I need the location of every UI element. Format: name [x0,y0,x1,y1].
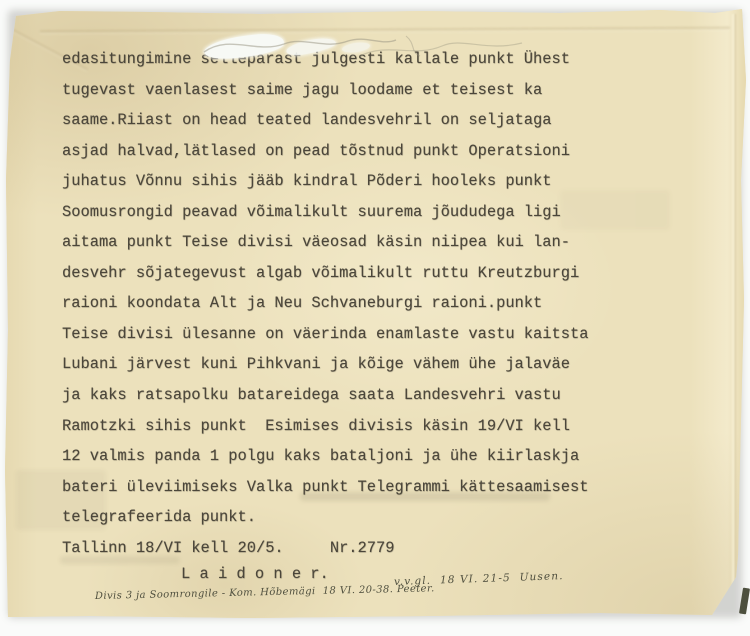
typed-line: telegrafeerida punkt. [62,502,662,533]
typed-line: Tallinn 18/VI kell 20/5. Nr.2779 [62,533,662,564]
typed-line: Soomusrongid peavad võimalikult suurema … [62,197,662,228]
pencil-scribble [190,22,550,72]
paper-crease-right [731,14,736,604]
typed-line: bateri üleviimiseks Valka punkt Telegram… [62,472,662,503]
typed-line: saame.Riiast on head teated landesvehril… [62,105,662,136]
typed-line: Lubani järvest kuni Pihkvani ja kõige vä… [62,349,662,380]
typed-line: tugevast vaenlasest saime jagu loodame e… [62,75,662,106]
typed-line: asjad halvad,lätlased on pead tõstnud pu… [62,136,662,167]
signature-laidoner: L a i d o n e r. [181,565,329,583]
typed-line: juhatus Võnnu sihis jääb kindral Põderi … [62,166,662,197]
typed-line: Teise divisi ülesanne on väerinda enamla… [62,319,662,350]
typed-line: ja kaks ratsapolku batareidega saata Lan… [62,380,662,411]
typed-line: Ramotzki sihis punkt Esimises divisis kä… [62,411,662,442]
typed-text-block: edasitungimine sellepärast julgesti kall… [62,44,662,563]
typed-line: raioni koondata Alt ja Neu Schvaneburgi … [62,288,662,319]
typed-line: desvehr sõjategevust algab võimalikult r… [62,258,662,289]
scan-background: edasitungimine sellepärast julgesti kall… [0,0,750,636]
typed-line: aitama punkt Teise divisi väeosad käsin … [62,227,662,258]
typed-line: 12 valmis panda 1 polgu kaks bataljoni j… [62,441,662,472]
